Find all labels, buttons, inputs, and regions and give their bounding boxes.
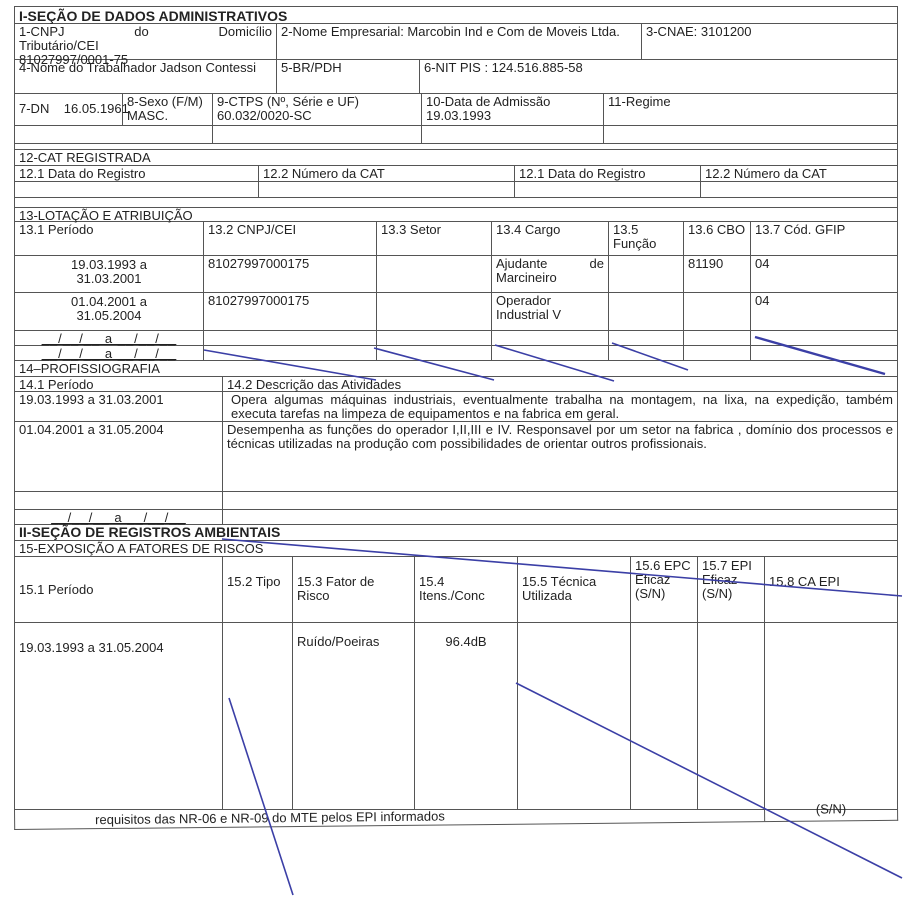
table-row: 01.04.2001 a 31.05.2004 81027997000175 O… [14,293,898,331]
table-row: 01.04.2001 a 31.05.2004 Desempenha as fu… [14,422,898,492]
epi-requirements-sn: (S/N) [765,801,897,821]
risk-header: 15.7 EPI Eficaz (S/N) [698,557,765,622]
lotacao-header: 13.5 Função [609,222,684,255]
table-row: __/__/__ a __/__/__ [14,346,898,361]
lotacao-header: 13.3 Setor [377,222,492,255]
table-row: __/__/__ a __/__/__ [14,331,898,346]
blank-date: __/__/__ a __/__/__ [15,331,204,345]
ppp-form: I-SEÇÃO DE DADOS ADMINISTRATIVOS 1-CNPJ … [14,6,898,830]
prof-header: 14.1 Período [15,377,223,391]
lotacao-header: 13.2 CNPJ/CEI [204,222,377,255]
lotacao-header: 13.1 Período [15,222,204,255]
section-2-title: II-SEÇÃO DE REGISTROS AMBIENTAIS [15,525,897,540]
risk-header: 15.1 Período [15,557,223,622]
risk-header: 15.6 EPC Eficaz (S/N) [631,557,698,622]
blank-date: __/__/__ a __/__/__ [15,510,223,524]
cat-header: 12.1 Data do Registro [515,166,701,181]
lotacao-title: 13-LOTAÇÃO E ATRIBUIÇÃO [15,208,897,221]
exposicao-title: 15-EXPOSIÇÃO A FATORES DE RISCOS [15,541,897,556]
regime: 11-Regime [604,94,897,125]
admissao-value: 19.03.1993 [426,109,599,123]
section-1-title: I-SEÇÃO DE DADOS ADMINISTRATIVOS [15,7,897,23]
cat-title: 12-CAT REGISTRADA [15,150,897,165]
profissiografia-title: 14–PROFISSIOGRAFIA [15,361,897,376]
lotacao-header: 13.4 Cargo [492,222,609,255]
data-nascimento: 7-DN 16.05.1961 [15,94,123,125]
admissao-cell: 10-Data de Admissão 19.03.1993 [422,94,604,125]
ctps-label: 9-CTPS (Nº, Série e UF) [217,95,417,109]
sexo-value: MASC. [127,109,208,123]
lotacao-header: 13.6 CBO [684,222,751,255]
table-row: 19.03.1993 a 31.05.2004 Ruído/Poeiras 96… [14,623,898,810]
sexo-label: 8-Sexo (F/M) [127,95,208,109]
blank-date: __/__/__ a __/__/__ [15,346,204,360]
admissao-label: 10-Data de Admissão [426,95,599,109]
prof-header: 14.2 Descrição das Atividades [223,377,897,391]
lotacao-header: 13.7 Cód. GFIP [751,222,897,255]
trabalhador: 4-Nome do Trabalhador Jadson Contessi [15,60,277,93]
risk-header: 15.2 Tipo [223,557,293,622]
ctps-value: 60.032/0020-SC [217,109,417,123]
ctps-cell: 9-CTPS (Nº, Série e UF) 60.032/0020-SC [213,94,422,125]
cat-header: 12.1 Data do Registro [15,166,259,181]
sexo-cell: 8-Sexo (F/M) MASC. [123,94,213,125]
table-row: 19.03.1993 a 31.03.2001 Opera algumas má… [14,392,898,422]
cnpj-label: 1-CNPJ do Domicílio Tributário/CEI [19,25,272,53]
br-pdh: 5-BR/PDH [277,60,420,93]
cnae: 3-CNAE: 3101200 [642,24,897,59]
cat-header: 12.2 Número da CAT [701,166,897,181]
cnpj-cell: 1-CNPJ do Domicílio Tributário/CEI 81027… [15,24,277,59]
risk-header: 15.8 CA EPI [765,557,897,622]
risk-header: 15.5 Técnica Utilizada [518,557,631,622]
nit-pis: 6-NIT PIS : 124.516.885-58 [420,60,897,93]
table-row: 19.03.1993 a 31.03.2001 81027997000175 A… [14,256,898,293]
empresa: 2-Nome Empresarial: Marcobin Ind e Com d… [277,24,642,59]
cat-header: 12.2 Número da CAT [259,166,515,181]
risk-header: 15.3 Fator de Risco [293,557,415,622]
risk-header: 15.4 Itens./Conc [415,557,518,622]
